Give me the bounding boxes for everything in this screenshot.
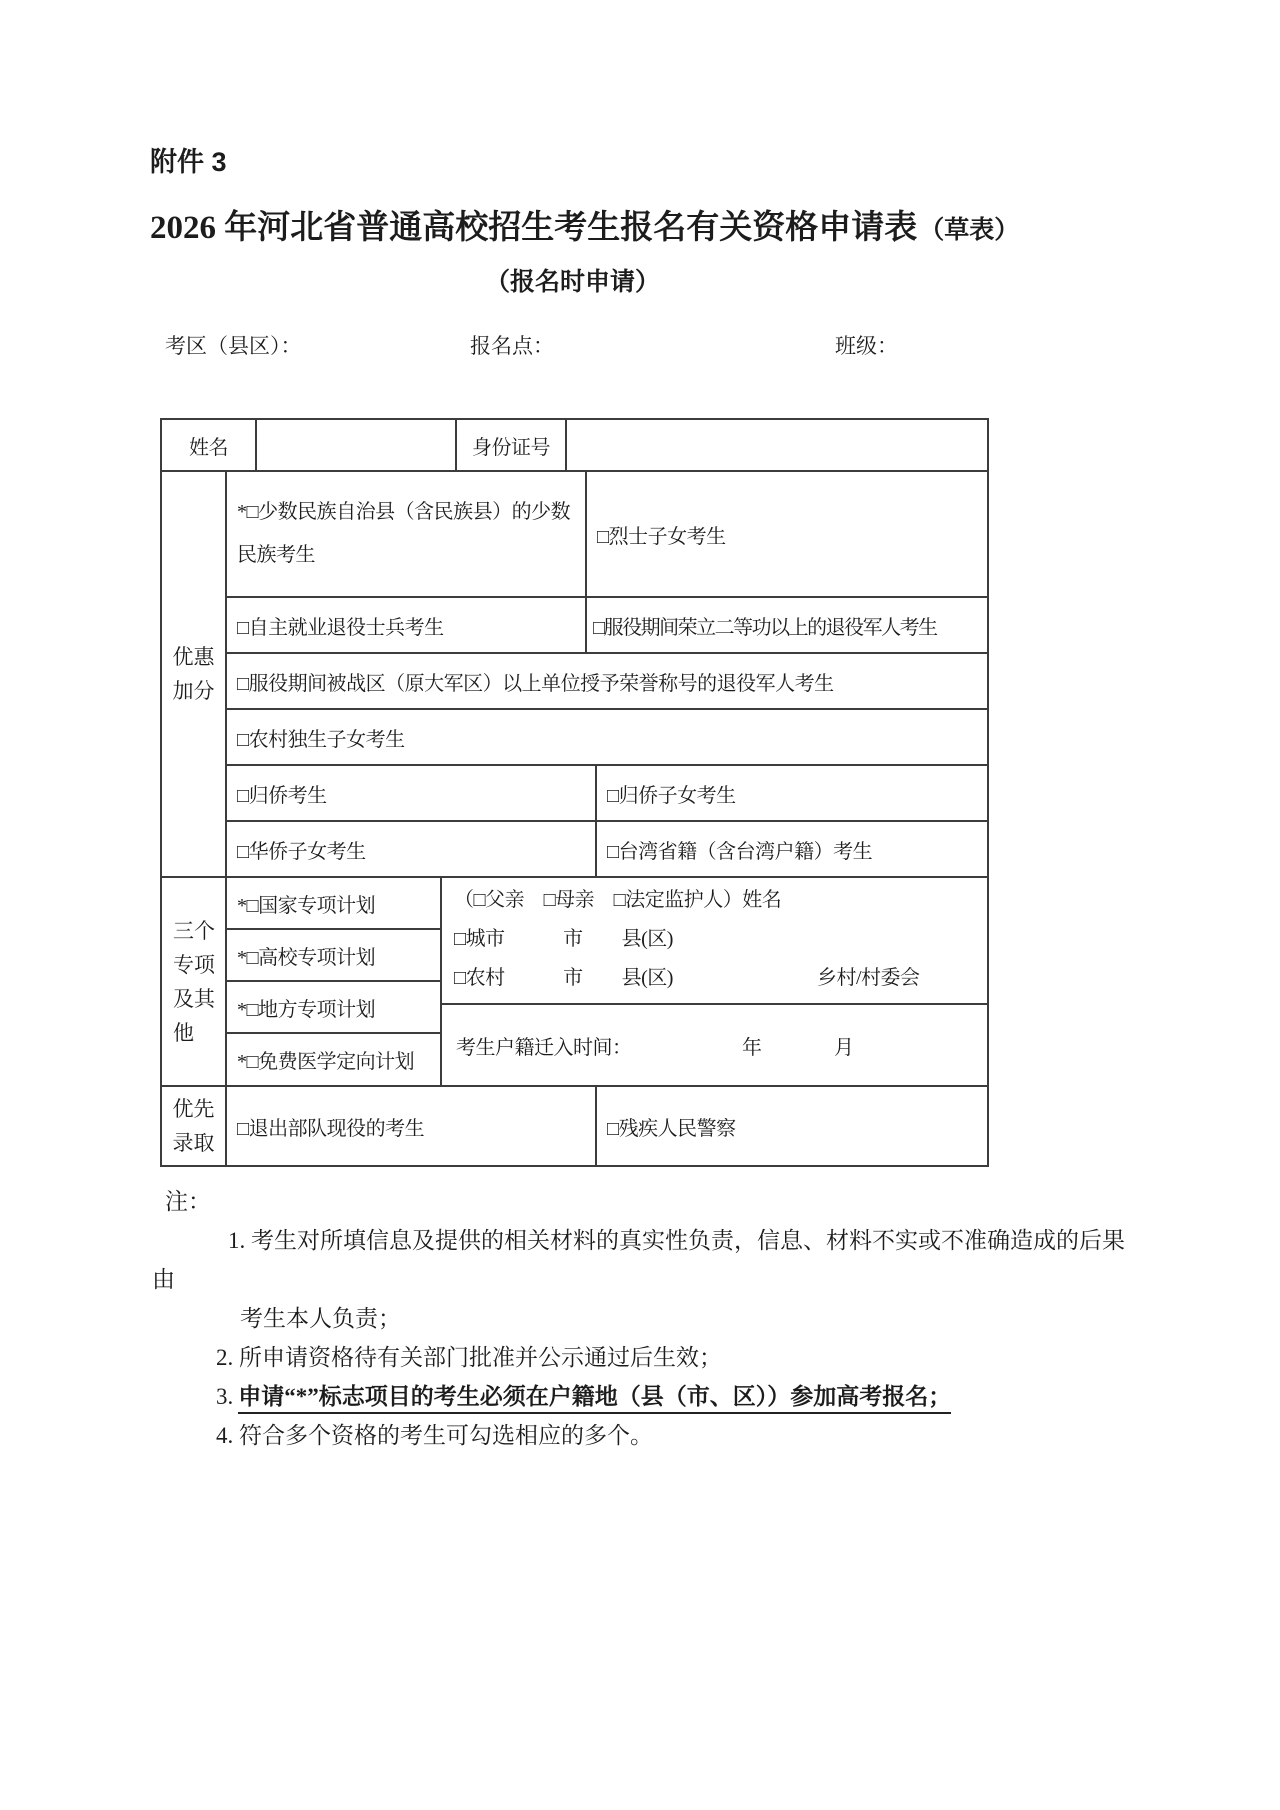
- note-3: 3.申请“*”标志项目的考生必须在户籍地（县（市、区））参加高考报名；: [216, 1378, 951, 1411]
- village-committee-label: 乡村/村委会: [817, 959, 920, 998]
- plan-local-cell: *□地方专项计划: [227, 982, 442, 1034]
- bonus-section-label: 优惠 加分: [162, 472, 227, 878]
- page-title-text: 2026 年河北省普通高校招生考生报名有关资格申请表: [150, 210, 917, 246]
- name-value-cell: [257, 420, 457, 472]
- plan-free-medical-cell: *□免费医学定向计划: [227, 1034, 442, 1087]
- note-3-underlined-text: 申请“*”标志项目的考生必须在户籍地（县（市、区））参加高考报名；: [238, 1384, 951, 1414]
- special-detail-lower: 考生户籍迁入时间： 年 月: [442, 1005, 987, 1085]
- note-1-continuation: 考生本人负责；: [240, 1300, 401, 1333]
- document-page: 附件 3 2026 年河北省普通高校招生考生报名有关资格申请表（草表） （报名时…: [0, 0, 1280, 1810]
- note-2: 2. 所申请资格待有关部门批准并公示通过后生效；: [216, 1339, 722, 1372]
- special-detail-cell: （□父亲 □母亲 □法定监护人）姓名 □城市 市 县(区) □农村 市 县(区)…: [442, 878, 987, 1087]
- note-1: 1. 考生对所填信息及提供的相关材料的真实性负责，信息、材料不实或不准确造成的后…: [228, 1222, 1125, 1255]
- page-subtitle: （报名时申请）: [160, 262, 985, 298]
- hukou-move-in-line: 考生户籍迁入时间： 年 月: [442, 1031, 987, 1060]
- plan-national-cell: *□国家专项计划: [227, 878, 442, 930]
- application-form-table: 姓名 身份证号 优惠 加分 *□少数民族自治县（含民族县）的少数民族考生 □烈士…: [160, 418, 989, 1167]
- special-detail-upper: （□父亲 □母亲 □法定监护人）姓名 □城市 市 县(区) □农村 市 县(区)…: [442, 878, 987, 1005]
- id-number-value-cell: [567, 420, 987, 472]
- priority-section-label: 优先 录取: [162, 1087, 227, 1165]
- bonus-returned-overseas-cell: □归侨考生: [227, 766, 597, 822]
- plan-university-cell: *□高校专项计划: [227, 930, 442, 982]
- bonus-returned-overseas-child-cell: □归侨子女考生: [597, 766, 987, 822]
- special-plans-section-label: 三个 专项 及其 他: [162, 878, 227, 1087]
- bonus-martyr-child-cell: □烈士子女考生: [587, 472, 987, 598]
- note-1-wrap: 由: [152, 1261, 175, 1294]
- note-4: 4. 符合多个资格的考生可勾选相应的多个。: [216, 1417, 653, 1450]
- priority-disabled-police-cell: □残疾人民警察: [597, 1087, 987, 1165]
- class-label: 班级：: [835, 330, 898, 360]
- city-line: □城市 市 县(区): [454, 920, 987, 959]
- bonus-minority-cell: *□少数民族自治县（含民族县）的少数民族考生: [227, 472, 587, 598]
- bonus-rural-onlychild-cell: □农村独生子女考生: [227, 710, 987, 766]
- priority-retired-military-cell: □退出部队现役的考生: [227, 1087, 597, 1165]
- bonus-veteran-selfemployed-cell: □自主就业退役士兵考生: [227, 598, 587, 654]
- guardian-name-line: （□父亲 □母亲 □法定监护人）姓名: [454, 881, 987, 920]
- bonus-overseas-chinese-child-cell: □华侨子女考生: [227, 822, 597, 878]
- exam-area-label: 考区（县区）：: [165, 330, 302, 360]
- page-title: 2026 年河北省普通高校招生考生报名有关资格申请表（草表）: [150, 201, 995, 248]
- registration-point-label: 报名点：: [470, 330, 554, 360]
- attachment-label: 附件 3: [150, 140, 227, 179]
- id-number-label-cell: 身份证号: [457, 420, 567, 472]
- bonus-taiwan-cell: □台湾省籍（含台湾户籍）考生: [597, 822, 987, 878]
- notes-heading: 注：: [165, 1183, 211, 1216]
- bonus-veteran-merit-cell: □服役期间荣立二等功以上的退役军人考生: [587, 598, 987, 654]
- page-title-suffix: （草表）: [919, 217, 1019, 244]
- meta-row: 考区（县区）： 报名点： 班级：: [160, 330, 985, 360]
- rural-line: □农村 市 县(区) 乡村/村委会: [454, 959, 987, 998]
- name-label-cell: 姓名: [162, 420, 257, 472]
- hukou-year-label: 年: [742, 1031, 762, 1060]
- hukou-month-label: 月: [834, 1031, 854, 1060]
- bonus-veteran-honor-cell: □服役期间被战区（原大军区）以上单位授予荣誉称号的退役军人考生: [227, 654, 987, 710]
